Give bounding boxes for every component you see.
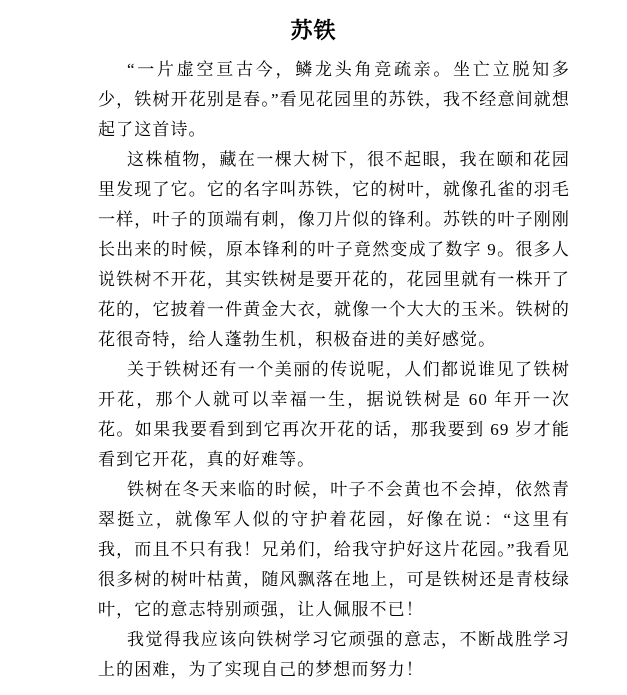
document-body: “一片虚空亘古今，鳞龙头角竞疏亲。坐亡立脱知多少，铁树开花别是春。”看见花园里的… [98, 55, 570, 685]
paragraph-winter: 铁树在冬天来临的时候，叶子不会黄也不会掉，依然青翠挺立，就像军人似的守护着花园，… [98, 475, 570, 625]
paragraph-poem-intro: “一片虚空亘古今，鳞龙头角竞疏亲。坐亡立脱知多少，铁树开花别是春。”看见花园里的… [98, 55, 570, 145]
document-page: 苏铁 “一片虚空亘古今，鳞龙头角竞疏亲。坐亡立脱知多少，铁树开花别是春。”看见花… [0, 0, 627, 695]
paragraph-legend: 关于铁树还有一个美丽的传说呢，人们都说谁见了铁树开花，那个人就可以幸福一生，据说… [98, 355, 570, 475]
paragraph-plant-description: 这株植物，藏在一棵大树下，很不起眼，我在颐和花园里发现了它。它的名字叫苏铁，它的… [98, 145, 570, 355]
paragraph-conclusion: 我觉得我应该向铁树学习它顽强的意志，不断战胜学习上的困难，为了实现自己的梦想而努… [98, 625, 570, 685]
document-title: 苏铁 [0, 0, 627, 46]
